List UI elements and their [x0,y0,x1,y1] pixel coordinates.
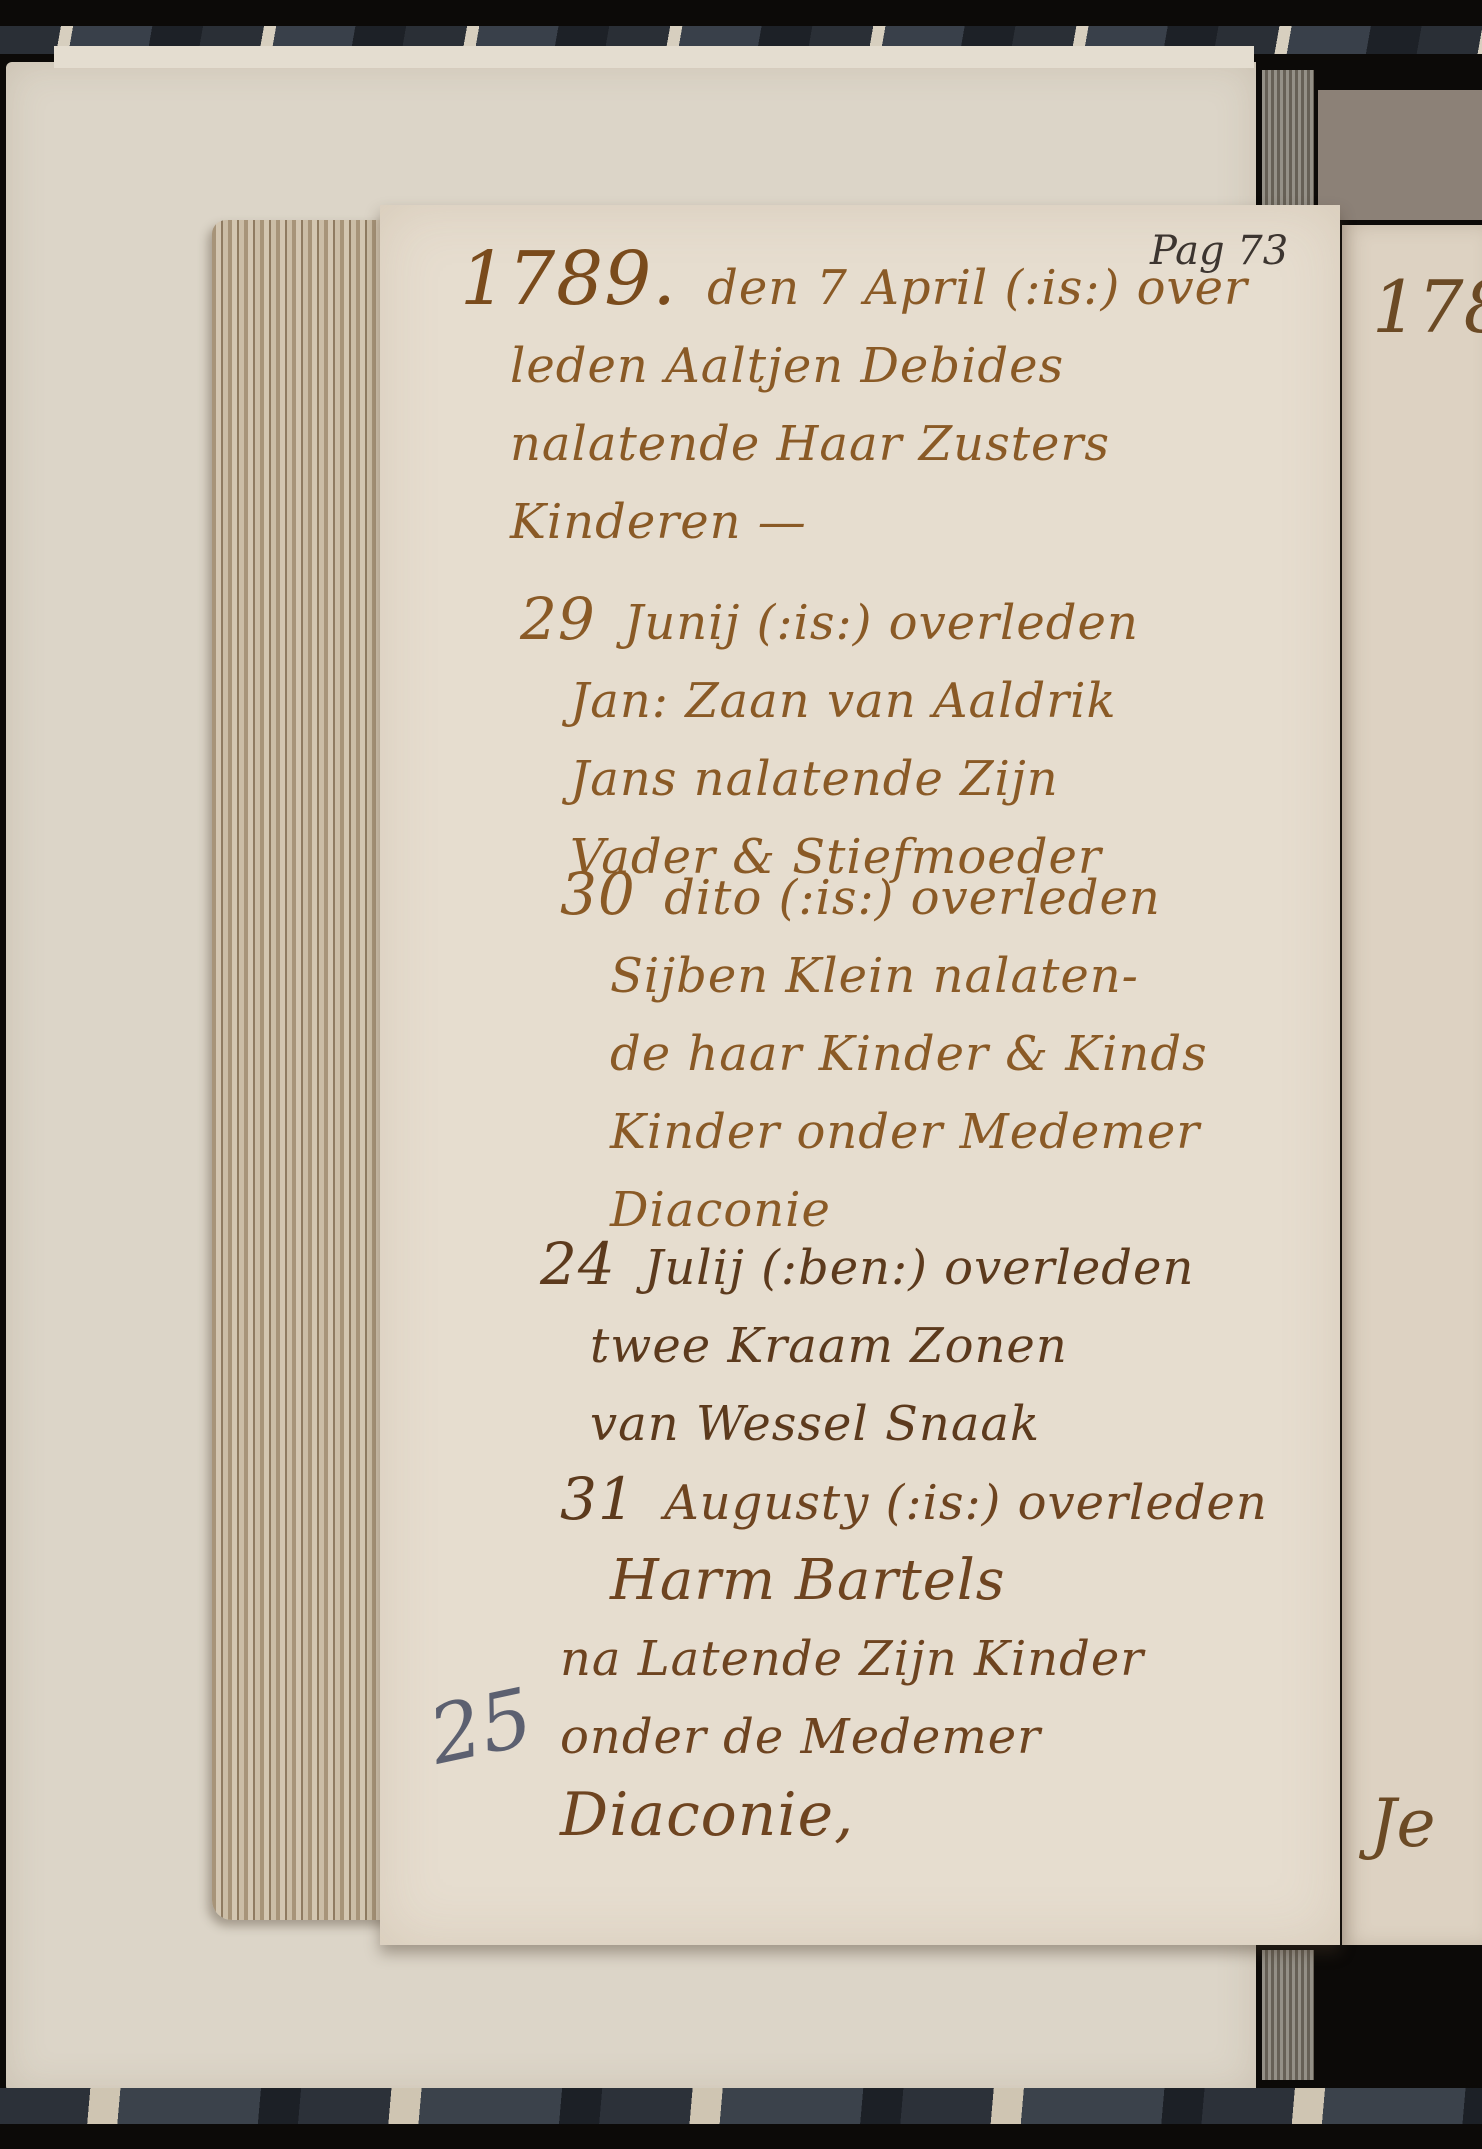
spine-board [1318,90,1482,220]
entry-4: 24 Julij (:ben:) overleden twee Kraam Zo… [540,1225,1442,1463]
entry-line: Kinder onder Medemer [560,1093,1442,1171]
entry-line: Junij (:is:) overleden [624,595,1139,651]
entry-day: 31 [560,1465,636,1533]
marbled-cover-bottom-edge [0,2088,1482,2124]
entry-line: leden Aaltjen Debides [460,327,1442,405]
entry-line: Jans nalatende Zijn [520,740,1442,818]
entry-line: onder de Medemer [560,1698,1442,1776]
entry-line: Harm Bartels [560,1542,1442,1620]
entry-line: dito (:is:) overleden [664,870,1161,926]
entry-line: April (:is:) over [864,260,1248,316]
entry-5: 31 Augusty (:is:) overleden Harm Bartels… [560,1460,1442,1854]
page-stack-edge [212,220,392,1920]
entry-line: Diaconie, [560,1776,1442,1854]
endpaper-top-strip [54,46,1254,68]
entry-line: na Latende Zijn Kinder [560,1620,1442,1698]
entry-1: 1789. den 7 April (:is:) over leden Aalt… [460,240,1442,561]
entry-3: 30 dito (:is:) overleden Sijben Klein na… [560,855,1442,1249]
entry-line: Kinderen — [460,483,1442,561]
entry-line: Augusty (:is:) overleden [664,1475,1268,1531]
binding-gauze-bottom [1262,1950,1314,2080]
entry-day: 30 [560,860,636,928]
entry-day: 24 [540,1230,616,1298]
entry-line: Sijben Klein nalaten- [560,937,1442,1015]
entry-line: van Wessel Snaak [540,1385,1442,1463]
entry-line: Jan: Zaan van Aaldrik [520,662,1442,740]
entry-day: 29 [520,585,596,653]
entry-line: twee Kraam Zonen [540,1307,1442,1385]
entry-day: den 7 [707,260,848,316]
entry-line: Julij (:ben:) overleden [644,1240,1194,1296]
entry-line: nalatende Haar Zusters [460,405,1442,483]
entry-2: 29 Junij (:is:) overleden Jan: Zaan van … [520,580,1442,896]
entry-line: de haar Kinder & Kinds [560,1015,1442,1093]
year-heading: 1789. [460,236,677,322]
